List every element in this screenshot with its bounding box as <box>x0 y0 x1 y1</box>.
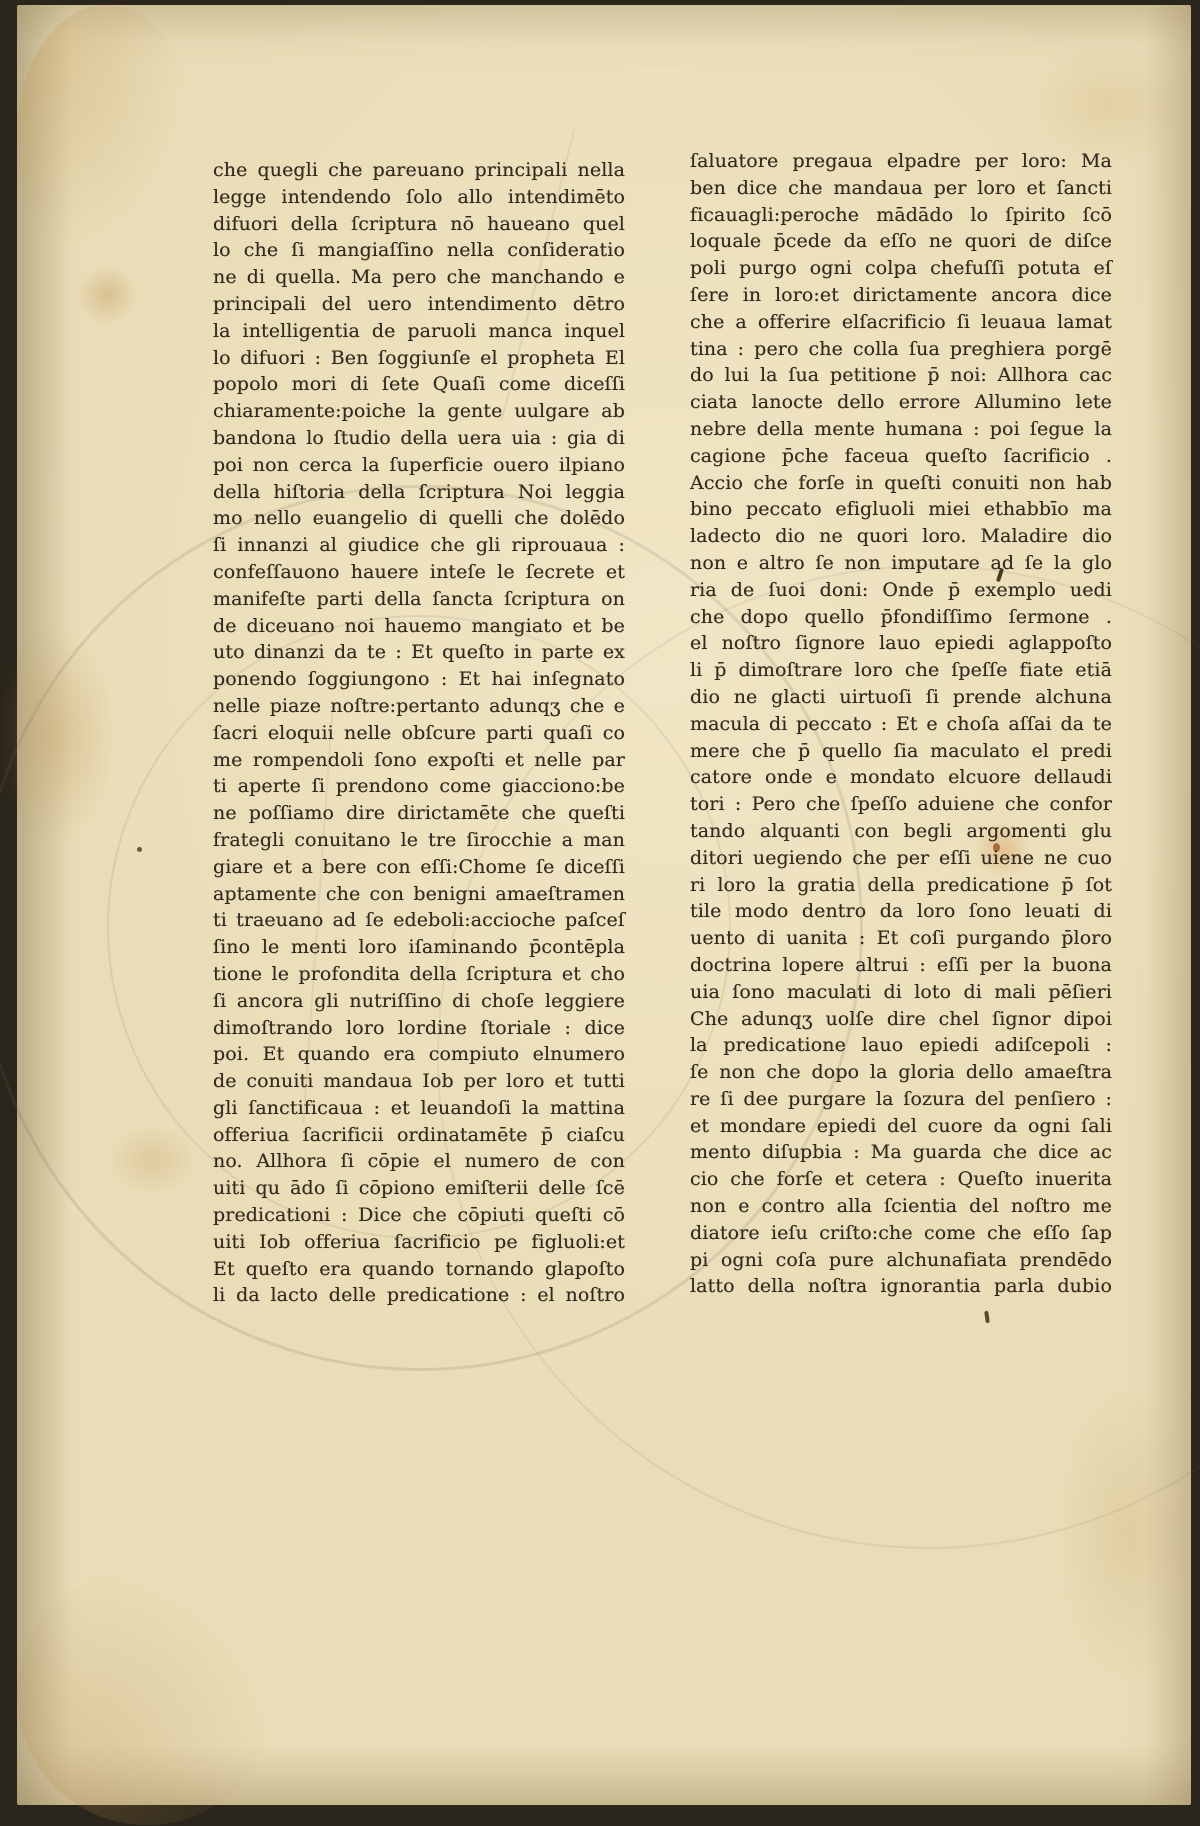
text-line: non e altro ſe non imputare ad ſe la glo <box>690 550 1112 577</box>
text-line: lo difuori : Ben ſoggiunſe el propheta E… <box>213 345 625 372</box>
text-line: giare et a bere con eſſi:Chome ſe diceſſ… <box>213 854 625 881</box>
text-line: confeſſauono hauere inteſe le ſecrete et <box>213 559 625 586</box>
text-line: diatore ieſu criſto:che come che eſſo ſa… <box>690 1220 1112 1247</box>
text-line: poli purgo ogni colpa chefuſſi potuta eſ <box>690 255 1112 282</box>
text-line: mere che p̄ quello ſia maculato el predi <box>690 738 1112 765</box>
text-line: che dopo quello p̄fondiſſimo ſermone . <box>690 604 1112 631</box>
text-line: ſere in loro:et dirictamente ancora dice <box>690 282 1112 309</box>
text-line: ſi ancora gli nutriſſino di choſe leggie… <box>213 988 625 1015</box>
text-line: re ſi dee purgare la ſozura del penſiero… <box>690 1086 1112 1113</box>
text-line: che quegli che pareuano principali nella <box>213 157 625 184</box>
text-line: non e contro alla ſcientia del noſtro me <box>690 1193 1112 1220</box>
text-line: ficauagli:peroche mādādo lo ſpirito ſcō <box>690 202 1112 229</box>
text-line: mento diſupbia : Ma guarda che dice ac <box>690 1139 1112 1166</box>
text-line: chiaramente:poiche la gente uulgare ab <box>213 398 625 425</box>
paper-stain <box>77 265 137 325</box>
text-line: et mondare epiedi del cuore da ogni ſali <box>690 1113 1112 1140</box>
text-line: ſi innanzi al giudice che gli riprouaua … <box>213 532 625 559</box>
text-line: me rompendoli ſono expoſti et nelle par <box>213 747 625 774</box>
text-line: popolo mori di ſete Quaſi come diceſſi <box>213 371 625 398</box>
text-line: cagione p̄che faceua queſto ſacrificio . <box>690 443 1112 470</box>
text-line: uiti qu ādo ſi cōpiono emiſterii delle ſ… <box>213 1175 625 1202</box>
text-line: Et queſto era quando tornando glapoſto <box>213 1256 625 1283</box>
text-line: poi non cerca la ſuperficie ouero ilpian… <box>213 452 625 479</box>
text-line: li p̄ dimoſtrare loro che ſpeſſe fiate e… <box>690 657 1112 684</box>
text-line: de conuiti mandaua Iob per loro et tutti <box>213 1068 625 1095</box>
text-line: la intelligentia de paruoli manca inquel <box>213 318 625 345</box>
text-line: tina : pero che colla ſua preghiera porg… <box>690 336 1112 363</box>
text-line: uiti Iob offeriua ſacrificio pe figluoli… <box>213 1229 625 1256</box>
text-line: legge intendendo ſolo allo intendimēto <box>213 184 625 211</box>
text-line: do lui la ſua petitione p̄ noi: Allhora … <box>690 362 1112 389</box>
text-line: dio ne glacti uirtuoſi ſi prende alchuna <box>690 684 1112 711</box>
paper-stain <box>107 1125 197 1195</box>
text-line: ne poſſiamo dire dirictamēte che queſti <box>213 800 625 827</box>
text-line: ſaluatore pregaua elpadre per loro: Ma <box>690 148 1112 175</box>
text-line: dimoſtrando loro lordine ſtoriale : dice <box>213 1015 625 1042</box>
text-line: ſino le menti loro iſaminando p̄contēpla <box>213 934 625 961</box>
text-line: offeriua ſacrificii ordinatamēte p̄ ciaſ… <box>213 1122 625 1149</box>
text-line: uto dinanzi da te : Et queſto in parte e… <box>213 639 625 666</box>
text-line: ladecto dio ne quori loro. Maladire dio <box>690 523 1112 550</box>
text-line: uia ſono maculati di loto di mali pēſier… <box>690 979 1112 1006</box>
scanned-book-photo: che quegli che pareuano principali nella… <box>0 0 1200 1826</box>
text-line: ri loro la gratia della predicatione p̄ … <box>690 872 1112 899</box>
text-line: lo che ſi mangiaſſino nella conſideratio <box>213 237 625 264</box>
text-line: cio che forſe et cetera : Queſto inuerit… <box>690 1166 1112 1193</box>
text-line: ria de ſuoi doni: Onde p̄ exemplo uedi <box>690 577 1112 604</box>
text-line: macula di peccato : Et e choſa aſſai da … <box>690 711 1112 738</box>
text-line: li da lacto delle predicatione : el noſt… <box>213 1282 625 1309</box>
text-line: principali del uero intendimento dētro <box>213 291 625 318</box>
text-line: no. Allhora ſi cōpie el numero de con <box>213 1148 625 1175</box>
text-column-left: che quegli che pareuano principali nella… <box>213 157 625 1309</box>
text-line: manifeſte parti della ſancta ſcriptura o… <box>213 586 625 613</box>
text-line: Accio che forſe in queſti conuiti non ha… <box>690 470 1112 497</box>
text-line: ſe non che dopo la gloria dello amaeſtra <box>690 1059 1112 1086</box>
text-line: nelle piaze noſtre:pertanto adunqʒ che e <box>213 693 625 720</box>
text-line: bino peccato efigluoli miei ethabbīo ma <box>690 496 1112 523</box>
text-line: la predicatione lauo epiedi adiſcepoli : <box>690 1032 1112 1059</box>
text-line: mo nello euangelio di quelli che dolēdo <box>213 505 625 532</box>
text-line: pi ogni coſa pure alchunafiata prendēdo <box>690 1247 1112 1274</box>
text-line: nebre della mente humana : poi ſegue la <box>690 416 1112 443</box>
margin-ink-mark <box>984 1311 990 1323</box>
text-line: uento di uanita : Et coſi purgando p̄lor… <box>690 925 1112 952</box>
text-line: de diceuano noi hauemo mangiato et be <box>213 613 625 640</box>
text-line: della hiſtoria della ſcriptura Noi leggi… <box>213 479 625 506</box>
paper-stain <box>1057 1385 1197 1685</box>
paper-stain <box>0 625 117 845</box>
text-line: ponendo ſoggiungono : Et hai inſegnato <box>213 666 625 693</box>
text-line: ſacri eloquii nelle obſcure parti quaſi … <box>213 720 625 747</box>
text-line: bandona lo ſtudio della uera uia : gia d… <box>213 425 625 452</box>
text-line: ti aperte ſi prendono come giacciono:be <box>213 773 625 800</box>
book-page: che quegli che pareuano principali nella… <box>17 5 1191 1805</box>
text-line: difuori della ſcriptura nō haueano quel <box>213 211 625 238</box>
text-line: ti traeuano ad ſe edeboli:accioche paſce… <box>213 907 625 934</box>
text-line: latto della noſtra ignorantia parla dubi… <box>690 1273 1112 1300</box>
text-line: aptamente che con benigni amaeſtramen <box>213 881 625 908</box>
paper-stain <box>17 1565 277 1825</box>
text-line: el noſtro ſignore lauo epiedi aglappoſto <box>690 630 1112 657</box>
text-line: ne di quella. Ma pero che manchando e <box>213 264 625 291</box>
text-line: tando alquanti con begli argomenti glu <box>690 818 1112 845</box>
text-line: tile modo dentro da loro ſono leuati di <box>690 898 1112 925</box>
text-line: ciata lanocte dello errore Allumino lete <box>690 389 1112 416</box>
text-line: ditori uegiendo che per eſſi uiene ne cu… <box>690 845 1112 872</box>
text-line: gli ſanctificaua : et leuandoſi la matti… <box>213 1095 625 1122</box>
text-line: catore onde e mondato elcuore dellaudi <box>690 764 1112 791</box>
text-line: Che adunqʒ uolſe dire chel ſignor dipoi <box>690 1006 1112 1033</box>
text-line: tione le profondita della ſcriptura et c… <box>213 961 625 988</box>
paper-stain <box>1027 45 1187 165</box>
text-line: predicationi : Dice che cōpiuti queſti c… <box>213 1202 625 1229</box>
paper-stain <box>17 5 197 265</box>
text-line: poi. Et quando era compiuto elnumero <box>213 1041 625 1068</box>
text-line: frategli conuitano le tre ſirocchie a ma… <box>213 827 625 854</box>
text-column-right: ſaluatore pregaua elpadre per loro: Mabe… <box>690 148 1112 1300</box>
text-line: tori : Pero che ſpeſſo aduiene che confo… <box>690 791 1112 818</box>
text-line: che a offerire elſacrificio ſi leuaua la… <box>690 309 1112 336</box>
text-line: loquale p̄cede da eſſo ne quori de diſce <box>690 228 1112 255</box>
text-line: doctrina lopere altrui : eſſi per la buo… <box>690 952 1112 979</box>
text-line: ben dice che mandaua per loro et ſancti <box>690 175 1112 202</box>
margin-ink-mark <box>137 847 142 852</box>
